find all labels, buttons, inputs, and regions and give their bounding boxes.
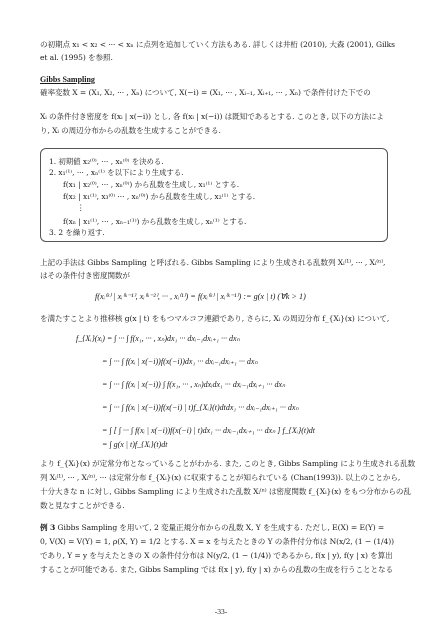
derivation-row: = ∫ [ ∫ ··· ∫ f(xᵢ | x(−i))f(x(−i) | t)d… [102,426,315,435]
text-line: であり, Y = y を与えたときの X の条件付分布は N(y/2, (1 −… [40,551,393,561]
derivation-lhs: f_{Xᵢ}(xᵢ) = [76,334,112,343]
text-line: 数と見なすことができる. [40,501,125,511]
algorithm-substep: f(xₙ | x₁⁽¹⁾, ··· , xₙ₋₁⁽¹⁾) から乱数を生成し, x… [63,217,246,227]
algorithm-step: 1. 初期値 x₂⁽⁰⁾, ··· , xₙ⁽⁰⁾ を決める. [49,157,164,167]
algorithm-substep: f(x₁ | x₂⁽⁰⁾, ··· , xₙ⁽⁰⁾) から乱数を生成し, x₁⁽… [63,180,239,190]
markov-equation: f(xᵢ⁽ᵏ⁾ | xᵢ⁽ᵏ⁻¹⁾, xᵢ⁽ᵏ⁻²⁾, ··· , xᵢ⁽¹⁾)… [95,291,306,301]
text-line: 上記の手法は Gibbs Sampling と呼ばれる. Gibbs Sampl… [40,258,385,268]
text-line: et al. (1995) を参照. [40,53,113,63]
text-line: することが可能である. また, Gibbs Sampling では f(x | … [40,565,393,575]
derivation-row: ∫ ··· ∫ f(x₁, ··· , xₙ)dx₁ ··· dxᵢ₋₁dxᵢ₊… [114,334,240,343]
text-line: り, Xᵢ の周辺分布からの乱数を生成することができる. [40,126,221,136]
page-number: -33- [0,607,442,616]
vertical-ellipsis: ⋮ [77,203,84,213]
example-label: 例 3 [40,523,55,532]
algorithm-substep: f(x₂ | x₁⁽¹⁾, x₃⁽⁰⁾ ··· , xₙ⁽⁰⁾) から乱数を生成… [63,192,255,202]
text-line: を満たすことより推移核 g(x | t) をもつマルコフ連鎖であり, さらに, … [40,314,389,324]
algorithm-step: 3. 2 を繰り返す. [49,228,105,238]
example-text: Gibbs Sampling を用いて, 2 変量正規分布からの乱数 X, Y … [55,523,384,532]
algorithm-step: 2. x₁⁽¹⁾, ··· , xₙ⁽¹⁾ を以下により生成する. [49,168,183,178]
section-heading: Gibbs Sampling [40,75,95,84]
text-line: 十分大きな n に対し, Gibbs Sampling により生成された乱数 X… [40,487,411,497]
text-line: 確率変数 X = (X₁, X₂, ··· , Xₙ) について, X(−i) … [40,88,371,98]
text-line: より f_{Xᵢ}(x) が定常分布となっていることがわかる. また, このとき… [40,459,415,469]
text-line: 0, V(X) = V(Y) = 1, ρ(X, Y) = 1/2 とする. X… [40,537,394,547]
text-line: 列 Xᵢ⁽¹⁾, ··· , Xᵢ⁽ⁿ⁾, ··· は定常分布 f_{Xᵢ}(x… [40,473,400,483]
text-line: はその条件付き密度関数が [40,271,130,281]
derivation-row: = ∫ g(x | t)f_{Xᵢ}(t)dt [102,440,167,449]
derivation-row: = ∫ ··· ∫ f(xᵢ | x(−i)) ∫ f(x₁, ··· , xₙ… [102,380,285,389]
algorithm-box: 1. 初期値 x₂⁽⁰⁾, ··· , xₙ⁽⁰⁾ を決める. 2. x₁⁽¹⁾… [40,148,388,242]
text-line: の初期点 x₁ < x₂ < ··· < xₙ に点列を追加していく方法もある.… [40,40,395,50]
derivation-row: = ∫ ··· ∫ f(xᵢ | x(−i))f(x(−i))dx₁ ··· d… [102,357,258,366]
text-line: Xᵢ の条件付き密度を f(xᵢ | x(−i)) とし, 各 f(xᵢ | x… [40,112,384,122]
derivation-row: = ∫ ··· ∫ f(xᵢ | x(−i))f(x(−i) | t)f_{Xᵢ… [102,403,299,412]
text-line: 例 3 Gibbs Sampling を用いて, 2 変量正規分布からの乱数 X… [40,523,384,533]
